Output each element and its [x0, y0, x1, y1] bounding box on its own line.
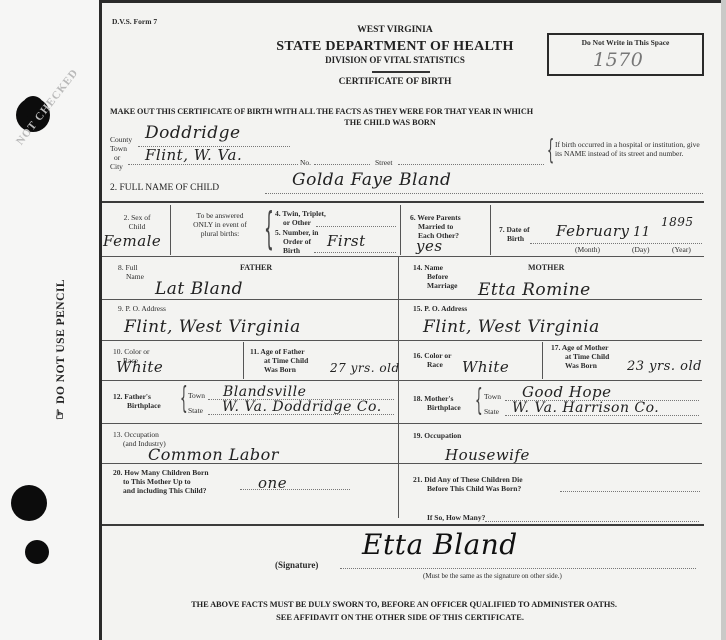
father-section-title: FATHER: [240, 263, 272, 272]
father-state-label: State: [188, 406, 203, 415]
signature-label: (Signature): [275, 561, 318, 570]
county-label: County: [110, 135, 132, 144]
child-name-line: [265, 193, 703, 194]
dob-label: 7. Date ofBirth: [499, 225, 530, 243]
office-use-label: Do Not Write in This Space: [549, 38, 702, 47]
punch-hole-bottom: [11, 485, 47, 521]
mother-address-label: 15. P. O. Address: [413, 304, 467, 313]
hospital-note: If birth occurred in a hospital or insti…: [555, 140, 705, 158]
mother-birthplace-label: 18. Mother'sBirthplace: [413, 394, 461, 412]
center-divider: [398, 256, 399, 518]
hospital-brace: {: [547, 136, 554, 164]
how-many-line: [485, 521, 699, 522]
frame-right: [721, 0, 726, 640]
month-caption: (Month): [575, 245, 600, 254]
state-name: WEST VIRGINIA: [280, 25, 510, 35]
dob-line: [530, 243, 702, 244]
plural-divider: [400, 205, 401, 255]
sex-divider: [170, 205, 171, 255]
sex-value[interactable]: Female: [103, 232, 161, 250]
house-number-line: [314, 164, 370, 165]
mother-name-label: 14. NameBeforeMarriage: [413, 263, 457, 290]
father-name-value[interactable]: Lat Bland: [155, 279, 243, 299]
mother-name-value[interactable]: Etta Romine: [478, 280, 591, 300]
mother-birthplace-brace: {: [475, 386, 483, 416]
house-number-label: No.: [300, 158, 311, 167]
father-age-value[interactable]: 27 yrs. old: [330, 361, 400, 375]
signature-line: [340, 568, 696, 569]
dob-day[interactable]: 11: [633, 225, 651, 240]
children-count-label: 20. How Many Children Bornto This Mother…: [113, 468, 209, 495]
father-age-label: 11. Age of Fatherat Time ChildWas Born: [250, 347, 308, 374]
certificate-title: CERTIFICATE OF BIRTH: [300, 77, 490, 87]
divider-row1: [102, 256, 704, 257]
father-race-line: [102, 380, 398, 381]
pointing-hand-icon: ☞: [52, 408, 67, 420]
frame-left: [99, 0, 102, 640]
mother-occupation-line: [398, 463, 702, 464]
birth-order-line: [314, 252, 396, 253]
father-address-label: 9. P. O. Address: [118, 304, 166, 313]
children-died-label: 21. Did Any of These Children DieBefore …: [413, 475, 523, 493]
instruction-line-2: THE CHILD WAS BORN: [300, 118, 480, 127]
married-label: 6. Were ParentsMarried toEach Other?: [410, 213, 461, 240]
father-town-label: Town: [188, 391, 205, 400]
father-name-line: [102, 299, 398, 300]
mother-birthplace-line: [398, 423, 702, 424]
father-race-divider: [243, 342, 244, 379]
mother-age-value[interactable]: 23 yrs. old: [627, 359, 702, 374]
father-town-value[interactable]: Blandsville: [223, 384, 306, 400]
children-count-line: [240, 489, 350, 490]
father-state-value[interactable]: W. Va. Doddridge Co.: [222, 399, 382, 415]
mother-state-label: State: [484, 407, 499, 416]
department-name: STATE DEPARTMENT OF HEALTH: [260, 39, 530, 55]
mother-address-line: [398, 340, 702, 341]
office-number: 1570: [593, 49, 643, 71]
how-many-label: If So, How Many?: [427, 513, 485, 522]
mother-section-title: MOTHER: [528, 263, 564, 272]
footer-line-2: SEE AFFIDAVIT ON THE OTHER SIDE OF THIS …: [200, 613, 600, 622]
county-value[interactable]: Doddridge: [145, 123, 241, 143]
plural-brace: {: [264, 207, 274, 251]
office-use-box: Do Not Write in This Space 1570: [547, 33, 704, 76]
father-race-value[interactable]: White: [116, 358, 163, 376]
mother-race-divider: [542, 342, 543, 379]
sex-label: 2. Sex ofChild: [113, 213, 161, 231]
signature-note: (Must be the same as the signature on ot…: [423, 572, 562, 581]
mother-address-value[interactable]: Flint, West Virginia: [423, 317, 600, 337]
children-died-line: [560, 491, 700, 492]
year-caption: (Year): [672, 245, 691, 254]
dob-year[interactable]: 1895: [661, 215, 694, 229]
twin-line: [316, 226, 396, 227]
father-name-label: 8. FullName: [118, 263, 144, 281]
mother-name-line: [398, 299, 702, 300]
form-number: D.V.S. Form 7: [112, 17, 157, 26]
married-divider: [490, 205, 491, 255]
mother-town-label: Town: [484, 392, 501, 401]
child-name-value[interactable]: Golda Faye Bland: [292, 170, 451, 190]
mother-town-value[interactable]: Good Hope: [522, 383, 612, 401]
child-name-label: 2. FULL NAME OF CHILD: [110, 183, 219, 193]
street-label: Street: [375, 158, 393, 167]
plural-birth-note: To be answeredONLY in event ofplural bir…: [180, 211, 260, 238]
mother-race-label: 16. Color orRace: [413, 351, 451, 369]
town-line: [128, 164, 298, 165]
punch-hole-bottom-small: [25, 540, 49, 564]
father-address-line: [102, 340, 398, 341]
father-birthplace-line: [102, 423, 398, 424]
married-value[interactable]: yes: [416, 237, 443, 255]
section-divider-top: [102, 201, 704, 203]
father-occupation-line: [102, 463, 398, 464]
do-not-use-pencil-warning: ☞DO NOT USE PENCIL: [52, 279, 68, 420]
warning-text: DO NOT USE PENCIL: [55, 279, 67, 404]
father-birthplace-label: 12. Father'sBirthplace: [113, 392, 161, 410]
town-label: Town or City: [110, 144, 127, 171]
footer-line-1: THE ABOVE FACTS MUST BE DULY SWORN TO, B…: [104, 600, 704, 609]
father-address-value[interactable]: Flint, West Virginia: [124, 317, 301, 337]
dob-month[interactable]: February: [556, 222, 630, 240]
mother-occupation-value[interactable]: Housewife: [445, 446, 530, 464]
father-occupation-value[interactable]: Common Labor: [148, 445, 279, 464]
mother-age-label: 17. Age of Motherat Time ChildWas Born: [551, 343, 609, 370]
division-name: DIVISION OF VITAL STATISTICS: [280, 55, 510, 65]
birth-order-label: 5. Number, inOrder ofBirth: [275, 228, 318, 255]
street-line: [398, 164, 544, 165]
header-divider: [372, 71, 430, 73]
instruction-line-1: MAKE OUT THIS CERTIFICATE OF BIRTH WITH …: [110, 107, 716, 116]
birth-order-value[interactable]: First: [327, 232, 366, 250]
mother-state-value[interactable]: W. Va. Harrison Co.: [512, 400, 659, 416]
frame-top: [99, 0, 726, 3]
twin-label: 4. Twin, Triplet,or Other: [275, 209, 326, 227]
signature-value[interactable]: Etta Bland: [362, 528, 518, 561]
day-caption: (Day): [632, 245, 650, 254]
children-count-value[interactable]: one: [258, 474, 287, 492]
mother-race-line: [398, 380, 702, 381]
father-birthplace-brace: {: [180, 384, 188, 414]
mother-race-value[interactable]: White: [462, 358, 509, 376]
mother-occupation-label: 19. Occupation: [413, 431, 461, 440]
section-divider-bottom: [102, 524, 704, 526]
town-value[interactable]: Flint, W. Va.: [145, 146, 242, 164]
